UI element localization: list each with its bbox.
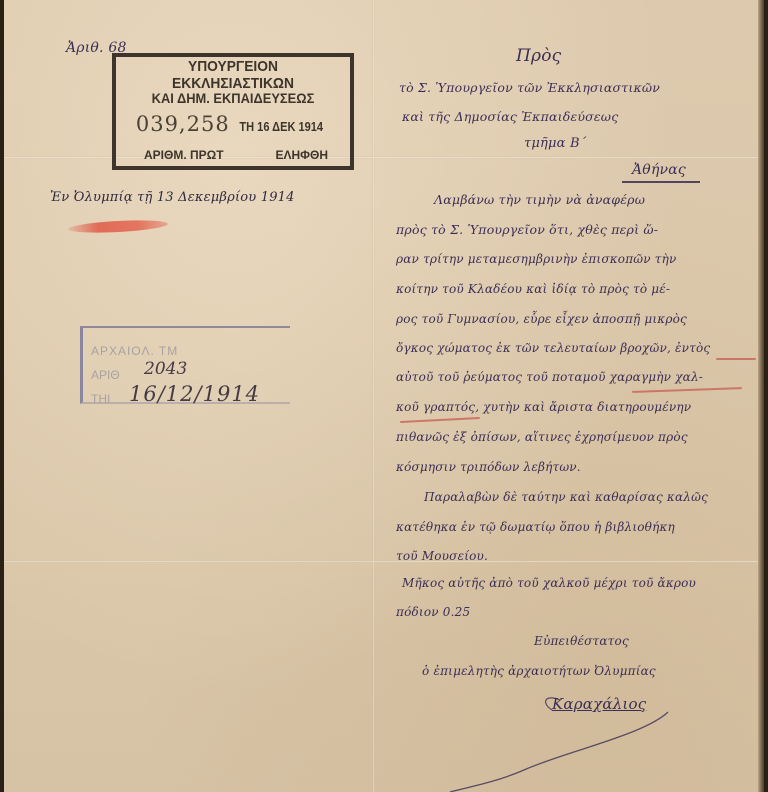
- document-page: Ἀριθ. 68 ΥΠΟΥΡΓΕΙΟΝ ΕΚΚΛΗΣΙΑΣΤΙΚΩΝ ΚΑΙ Δ…: [4, 0, 764, 792]
- signature-flourish-stroke: [4, 0, 764, 792]
